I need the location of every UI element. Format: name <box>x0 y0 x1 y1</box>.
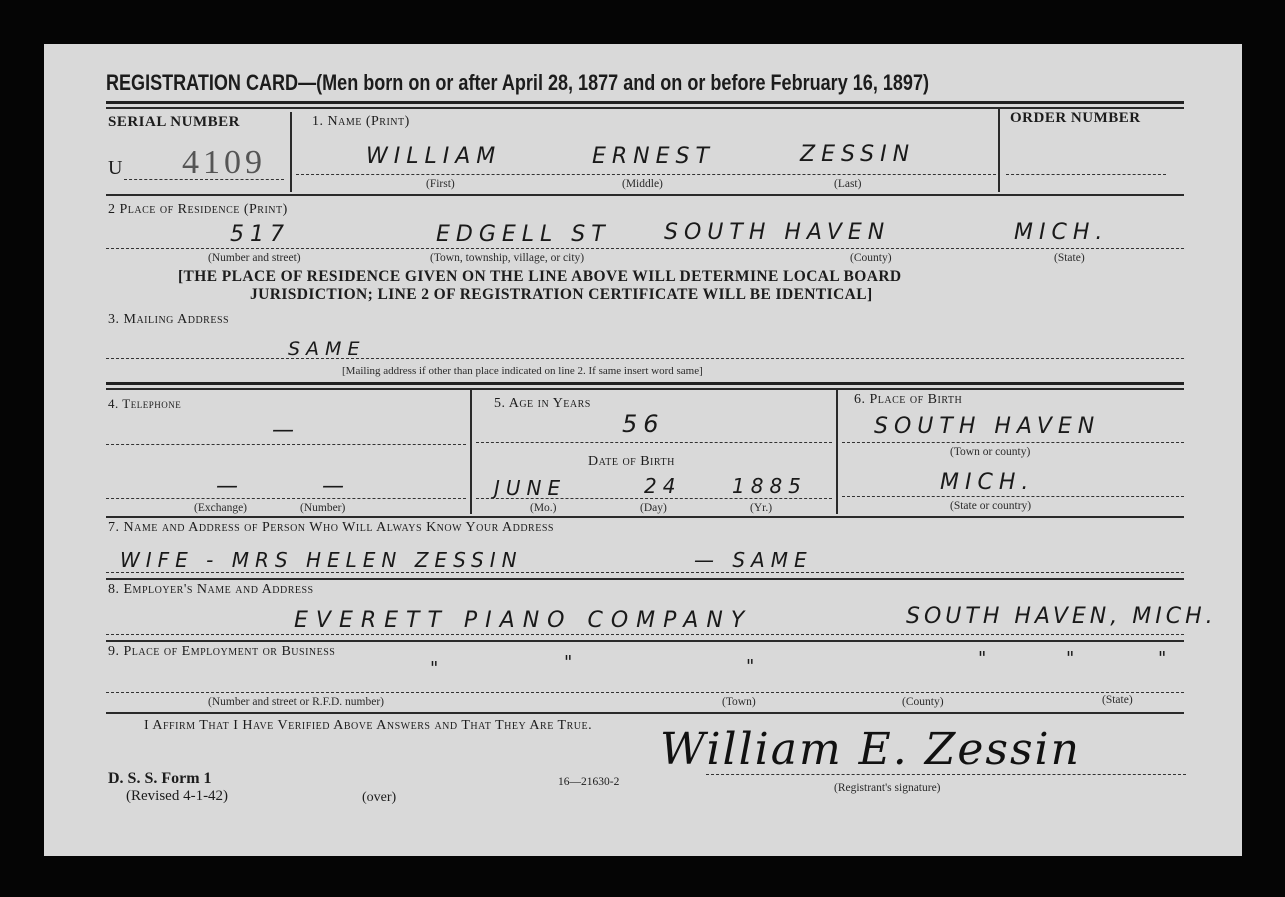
name-line <box>296 174 996 175</box>
contact-label: 7. Name and Address of Person Who Will A… <box>108 520 554 536</box>
birthplace-state-line <box>842 496 1184 497</box>
telephone-divider <box>470 390 472 514</box>
dob-day: 24 <box>644 474 681 498</box>
dob-divider <box>836 390 838 514</box>
birthplace-state: MICH. <box>940 470 1034 495</box>
serial-divider <box>290 112 292 192</box>
order-line <box>1006 174 1166 175</box>
section-rule-4 <box>106 578 1184 580</box>
card-title: REGISTRATION CARD—(Men born on or after … <box>106 70 929 96</box>
dob-month: JUNE <box>494 476 566 500</box>
name-middle: ERNEST <box>592 144 715 169</box>
residence-town: EDGELL ST <box>436 222 611 247</box>
caption-number: (Number) <box>300 502 345 514</box>
section-rule-2b <box>106 388 1184 390</box>
caption-birth-state: (State or country) <box>950 500 1031 512</box>
section-rule-3 <box>106 516 1184 518</box>
serial-number: 4109 <box>182 144 266 182</box>
caption-employment-town: (Town) <box>722 696 756 708</box>
caption-year: (Yr.) <box>750 502 772 514</box>
caption-state: (State) <box>1054 252 1085 264</box>
mailing-label: 3. Mailing Address <box>108 312 229 328</box>
telephone-line1: — <box>272 418 300 443</box>
caption-day: (Day) <box>640 502 667 514</box>
caption-employment-county: (County) <box>902 696 944 708</box>
order-label: ORDER NUMBER <box>1010 110 1141 127</box>
residence-label: 2 Place of Residence (Print) <box>108 202 288 218</box>
contact-value: WIFE - MRS HELEN ZESSIN <box>120 548 523 572</box>
residence-line <box>106 248 1184 249</box>
contact-line <box>106 572 1184 573</box>
serial-prefix: U <box>108 157 122 180</box>
name-first: WILLIAM <box>366 144 501 169</box>
dob-label: Date of Birth <box>588 454 675 470</box>
birthplace-town-line <box>842 442 1184 443</box>
residence-state: MICH. <box>1014 220 1108 245</box>
caption-last: (Last) <box>834 178 861 190</box>
employer-line <box>106 634 1184 635</box>
dob-line <box>476 498 832 499</box>
section-rule-1 <box>106 194 1184 196</box>
employment-ditto-1: " <box>430 658 444 679</box>
caption-month: (Mo.) <box>530 502 557 514</box>
name-label: 1. Name (Print) <box>312 114 410 130</box>
residence-notice-1: [THE PLACE OF RESIDENCE GIVEN ON THE LIN… <box>178 268 902 286</box>
mailing-line <box>106 358 1184 359</box>
age-label: 5. Age in Years <box>494 396 591 412</box>
telephone-line-bottom <box>106 498 466 499</box>
serial-line <box>124 179 284 180</box>
caption-town: (Town, township, village, or city) <box>430 252 584 264</box>
employment-ditto-2: " <box>564 652 578 673</box>
title-rule <box>106 101 1184 104</box>
section-rule-2 <box>106 382 1184 385</box>
caption-middle: (Middle) <box>622 178 663 190</box>
employment-ditto-town: " <box>746 656 760 677</box>
order-divider <box>998 108 1000 192</box>
registration-card: REGISTRATION CARD—(Men born on or after … <box>44 44 1242 856</box>
caption-county: (County) <box>850 252 892 264</box>
residence-county: SOUTH HAVEN <box>664 220 890 245</box>
form-over: (over) <box>362 790 396 806</box>
section-rule-6 <box>106 712 1184 714</box>
form-name: D. S. S. Form 1 <box>108 770 212 788</box>
birthplace-label: 6. Place of Birth <box>854 392 962 408</box>
form-print-code: 16—21630-2 <box>558 776 619 788</box>
telephone-exchange: — <box>216 474 244 499</box>
telephone-number: — <box>322 474 350 499</box>
birthplace-town: SOUTH HAVEN <box>874 414 1100 439</box>
caption-birth-town: (Town or county) <box>950 446 1030 458</box>
caption-number-street: (Number and street) <box>208 252 301 264</box>
mailing-value: SAME <box>288 338 365 360</box>
caption-employment-state: (State) <box>1102 694 1133 706</box>
employer-label: 8. Employer's Name and Address <box>108 582 314 598</box>
residence-number: 517 <box>230 222 290 247</box>
mailing-caption: [Mailing address if other than place ind… <box>342 365 703 377</box>
section-rule-5 <box>106 640 1184 642</box>
employment-line <box>106 692 1184 693</box>
employment-ditto-state: " <box>1158 648 1172 669</box>
employment-label: 9. Place of Employment or Business <box>108 644 335 660</box>
signature-line <box>706 774 1186 775</box>
affirmation-text: I Affirm That I Have Verified Above Answ… <box>144 718 592 734</box>
dob-year: 1885 <box>732 474 807 498</box>
contact-value-2: — SAME <box>694 548 813 572</box>
telephone-label: 4. Telephone <box>108 396 181 412</box>
caption-employment-street: (Number and street or R.F.D. number) <box>208 696 384 708</box>
employer-name: EVERETT PIANO COMPANY <box>294 608 752 633</box>
name-last: ZESSIN <box>800 142 915 167</box>
employer-address: SOUTH HAVEN, MICH. <box>906 604 1217 629</box>
age-line <box>476 442 832 443</box>
employment-ditto-county: " <box>978 648 992 669</box>
serial-label: SERIAL NUMBER <box>108 114 240 131</box>
title-rule-2 <box>106 107 1184 109</box>
caption-first: (First) <box>426 178 455 190</box>
residence-notice-2: JURISDICTION; LINE 2 OF REGISTRATION CER… <box>250 286 873 304</box>
age-value: 56 <box>622 410 665 438</box>
form-revised: (Revised 4-1-42) <box>126 788 228 805</box>
employment-ditto-county-2: " <box>1066 648 1080 669</box>
registrant-signature: William E. Zessin <box>660 724 1081 775</box>
telephone-line-top <box>106 444 466 445</box>
caption-signature: (Registrant's signature) <box>834 782 941 794</box>
caption-exchange: (Exchange) <box>194 502 247 514</box>
